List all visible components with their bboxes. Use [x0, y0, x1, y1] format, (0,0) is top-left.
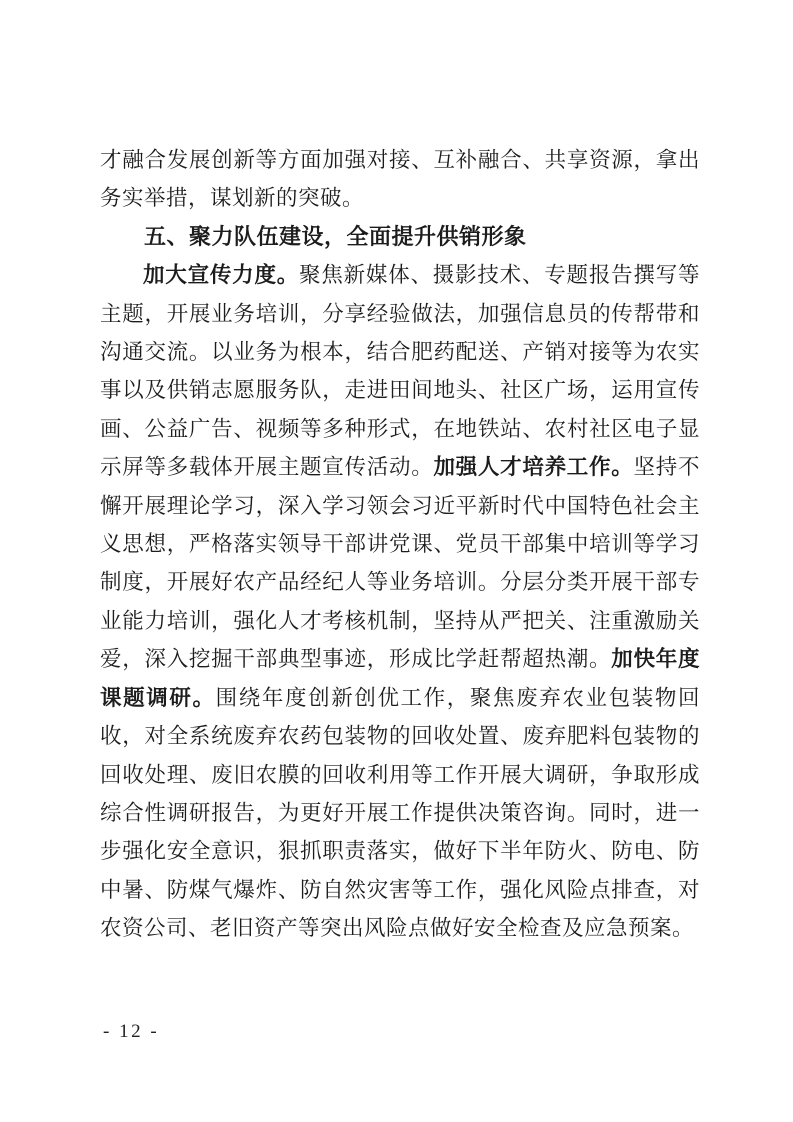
- body-text-segment: 聚焦新媒体、摄影技术、专题报告撰写等主题，开展业务培训，分享经验做法，加强信息员…: [100, 263, 700, 479]
- document-page: 才融合发展创新等方面加强对接、互补融合、共享资源，拿出务实举措，谋划新的突破。 …: [0, 0, 793, 1122]
- body-text-segment: 坚持不懈开展理论学习，深入学习领会习近平新时代中国特色社会主义思想，严格落实领导…: [100, 455, 700, 671]
- bold-lead-phrase: 加强人才培养工作。: [433, 455, 633, 479]
- bold-lead-phrase: 加大宣传力度。: [143, 263, 299, 287]
- page-number: - 12 -: [103, 1018, 159, 1046]
- body-paragraph: 加大宣传力度。聚焦新媒体、摄影技术、专题报告撰写等主题，开展业务培训，分享经验做…: [100, 256, 700, 947]
- body-text-segment: 围绕年度创新创优工作，聚焦废弃农业包装物回收，对全系统废弃农药包装物的回收处置、…: [100, 686, 700, 940]
- document-content: 才融合发展创新等方面加强对接、互补融合、共享资源，拿出务实举措，谋划新的突破。 …: [100, 141, 700, 948]
- section-heading: 五、聚力队伍建设，全面提升供销形象: [100, 218, 700, 256]
- paragraph-continuation: 才融合发展创新等方面加强对接、互补融合、共享资源，拿出务实举措，谋划新的突破。: [100, 141, 700, 218]
